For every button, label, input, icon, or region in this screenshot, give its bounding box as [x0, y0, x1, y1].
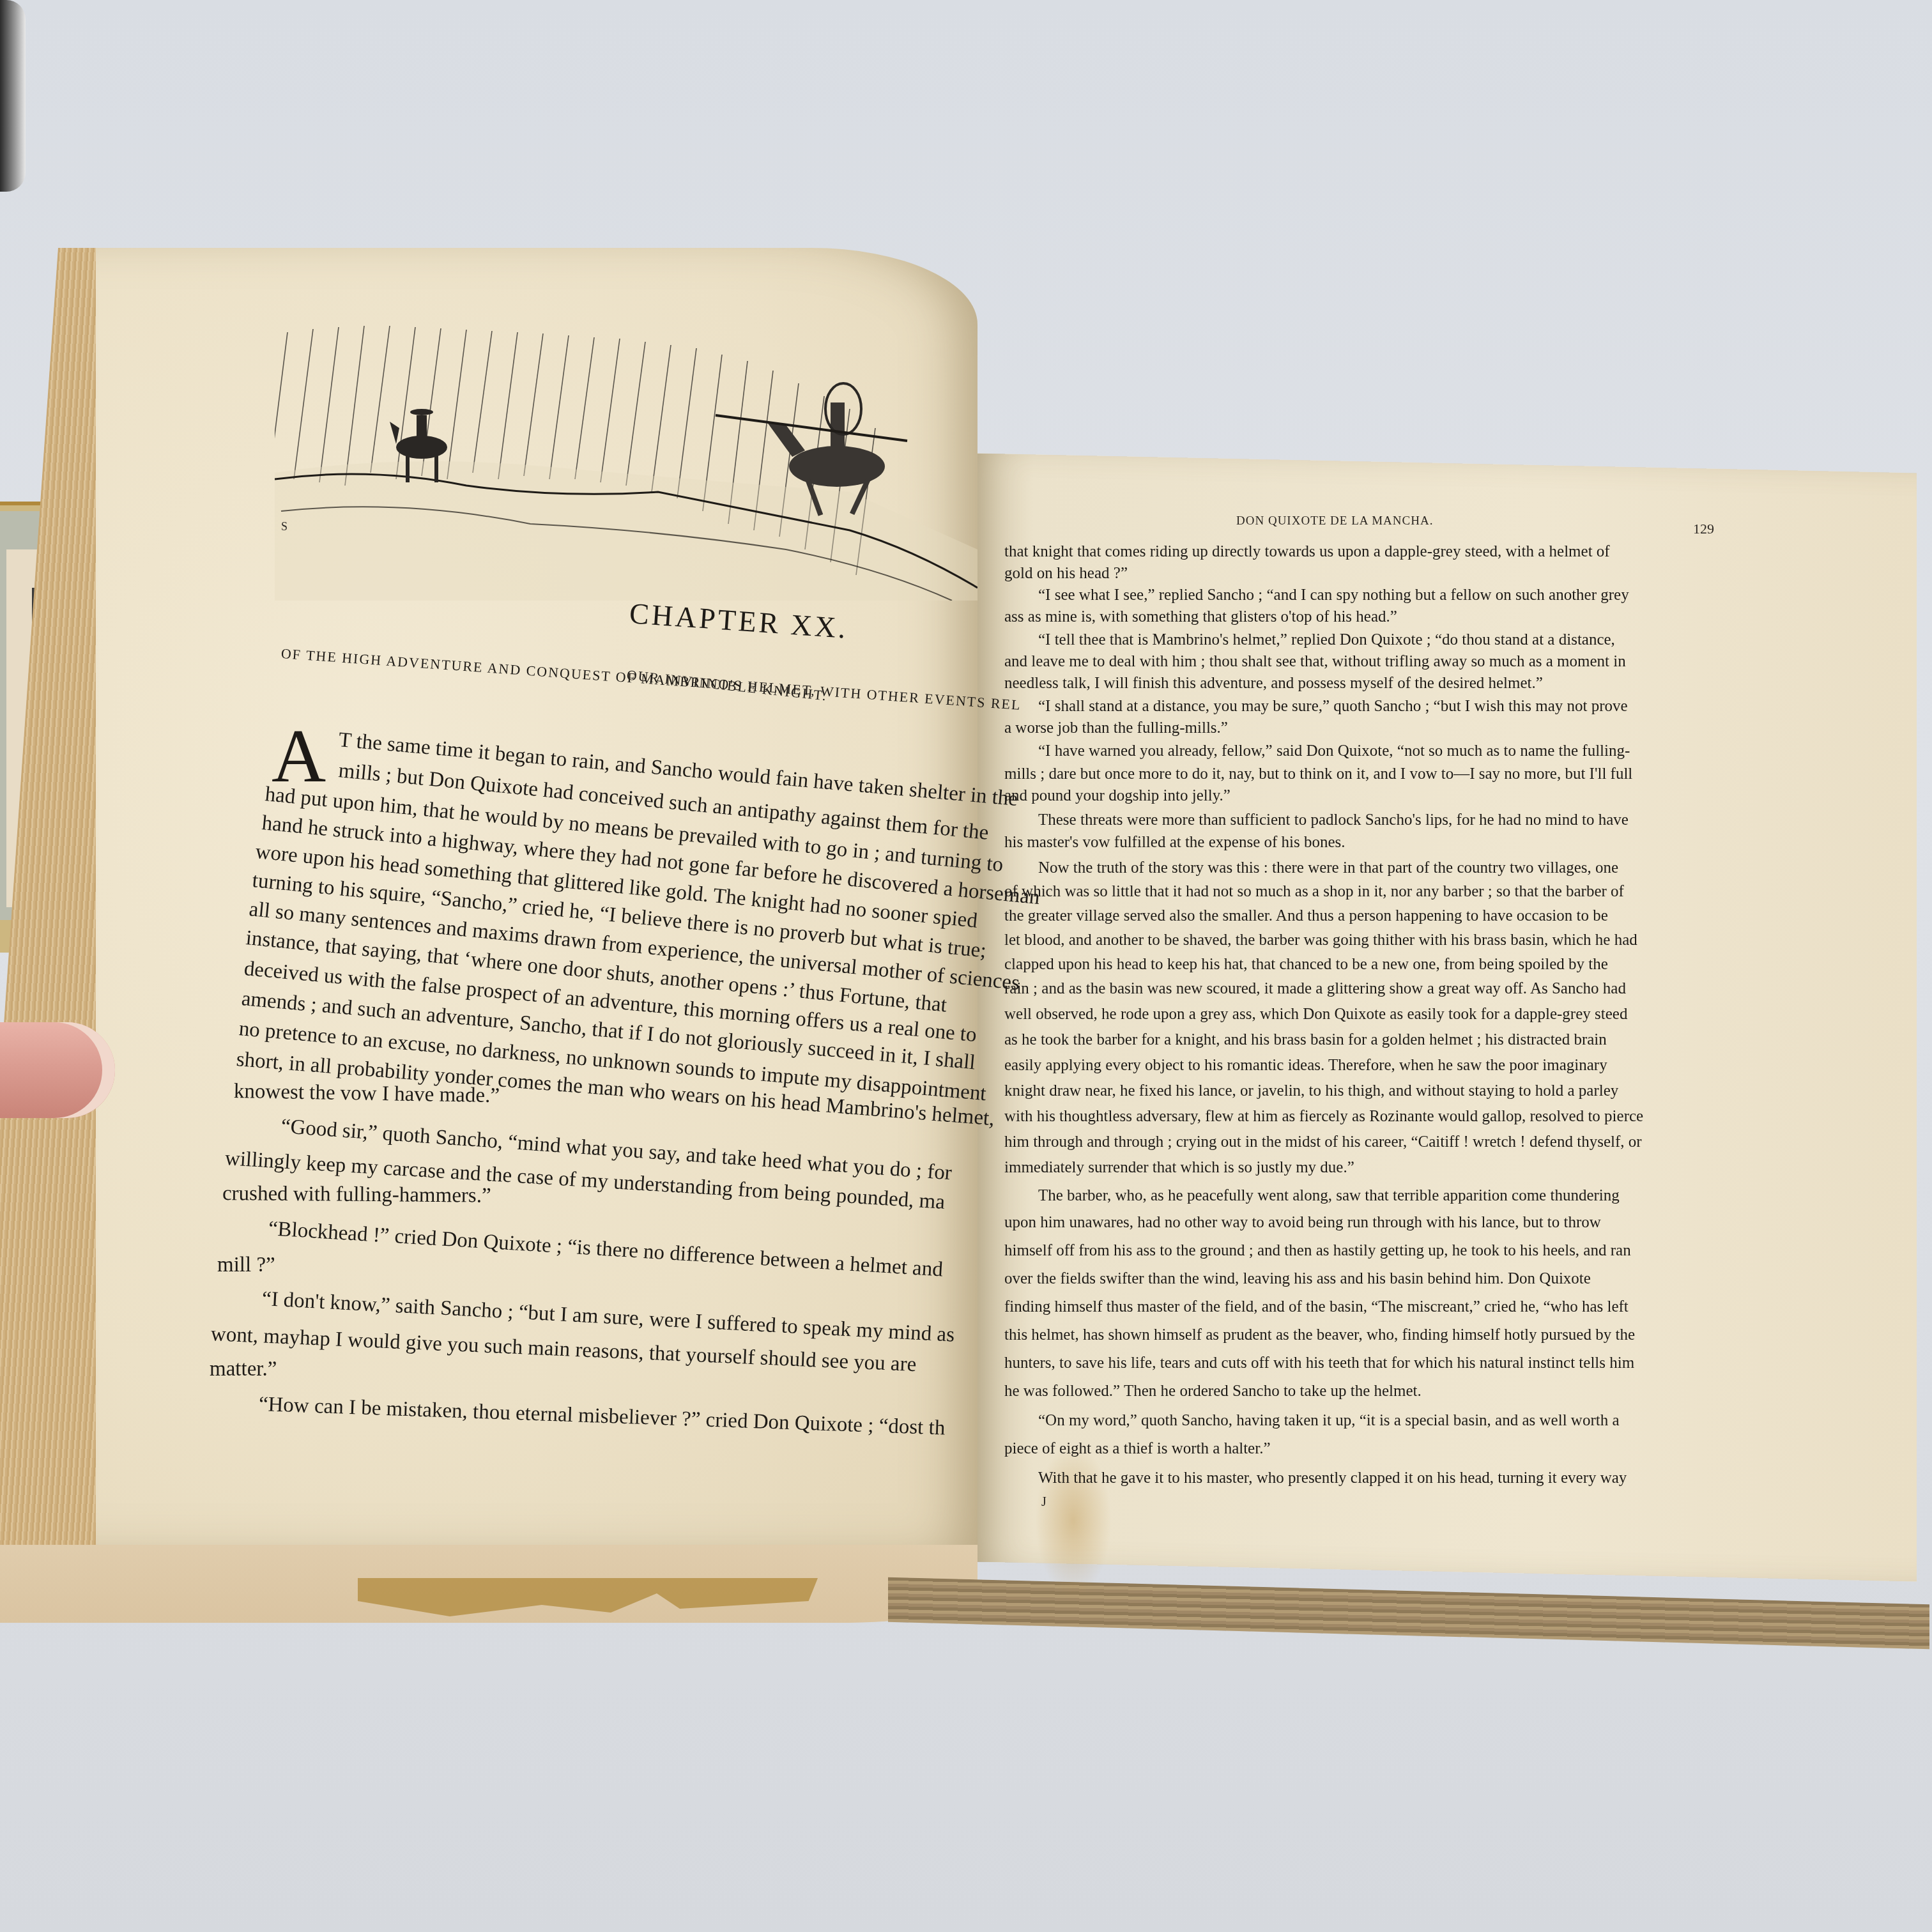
text-line: “I shall stand at a distance, you may be…: [1038, 698, 1628, 716]
text-line: hunters, to save his life, tears and cut…: [1004, 1354, 1634, 1372]
text-line: clapped upon his head to keep his hat, t…: [1004, 956, 1608, 974]
text-line: crushed with fulling-hammers.”: [222, 1182, 491, 1208]
text-line: “I have warned you already, fellow,” sai…: [1038, 742, 1630, 760]
text-line: himself off from his ass to the ground ;…: [1004, 1242, 1631, 1260]
background-object: [0, 0, 26, 192]
text-line: a worse job than the fulling-mills.”: [1004, 719, 1228, 737]
page-number: 129: [1693, 521, 1714, 537]
text-line: mills ; dare but once more to do it, nay…: [1004, 765, 1632, 783]
text-line: Now the truth of the story was this : th…: [1038, 859, 1618, 877]
text-line: his master's vow fulfilled at the expens…: [1004, 834, 1345, 852]
text-line: and pound your dogship into jelly.”: [1004, 787, 1230, 805]
text-line: let blood, and another to be shaved, the…: [1004, 931, 1637, 949]
text-line: immediately surrender that which is so j…: [1004, 1159, 1354, 1177]
text-line: and leave me to deal with him ; thou sha…: [1004, 653, 1626, 671]
text-line: With that he gave it to his master, who …: [1038, 1469, 1627, 1487]
text-line: as he took the barber for a knight, and …: [1004, 1031, 1607, 1049]
text-line: “I tell thee that is Mambrino's helmet,”…: [1038, 631, 1615, 649]
thumb: [0, 1022, 115, 1118]
text-line: piece of eight as a thief is worth a hal…: [1004, 1440, 1271, 1458]
drop-cap: A: [272, 719, 326, 794]
text-line: “On my word,” quoth Sancho, having taken…: [1038, 1412, 1620, 1430]
text-line: he was followed.” Then he ordered Sancho…: [1004, 1383, 1422, 1400]
text-line: with his thoughtless adversary, flew at …: [1004, 1108, 1643, 1126]
text-line: the greater village served also the smal…: [1004, 907, 1608, 925]
text-line: The barber, who, as he peacefully went a…: [1038, 1187, 1620, 1205]
text-line: of which was so little that it had not s…: [1004, 883, 1624, 901]
text-line: over the fields swifter than the wind, l…: [1004, 1270, 1591, 1288]
text-line: knowest the vow I have made.”: [234, 1080, 500, 1108]
text-line: These threats were more than sufficient …: [1038, 811, 1629, 829]
text-line: needless talk, I will finish this advent…: [1004, 675, 1543, 693]
text-line: that knight that comes riding up directl…: [1004, 543, 1610, 561]
text-line: ass as mine is, with something that glis…: [1004, 608, 1397, 626]
text-line: him through and through ; crying out in …: [1004, 1133, 1642, 1151]
chapter-illustration: S: [275, 319, 977, 601]
text-line: matter.”: [210, 1358, 277, 1381]
text-line: gold on his head ?”: [1004, 565, 1128, 583]
text-line: “I see what I see,” replied Sancho ; “an…: [1038, 586, 1629, 604]
text-line: upon him unawares, had no other way to a…: [1004, 1214, 1601, 1232]
svg-text:S: S: [281, 520, 287, 533]
running-head: DON QUIXOTE DE LA MANCHA.: [1236, 514, 1433, 528]
text-line: mill ?”: [217, 1253, 275, 1277]
text-line: easily applying every object to his roma…: [1004, 1057, 1607, 1075]
signature-mark: J: [1041, 1495, 1046, 1510]
text-line: well observed, he rode upon a grey ass, …: [1004, 1006, 1627, 1023]
text-line: rain ; and as the basin was new scoured,…: [1004, 980, 1626, 998]
foxing-stain: [1035, 1444, 1112, 1597]
text-line: this helmet, has shown himself as pruden…: [1004, 1326, 1635, 1344]
text-line: knight draw near, he fixed his lance, or…: [1004, 1082, 1618, 1100]
text-line: finding himself thus master of the field…: [1004, 1298, 1629, 1316]
